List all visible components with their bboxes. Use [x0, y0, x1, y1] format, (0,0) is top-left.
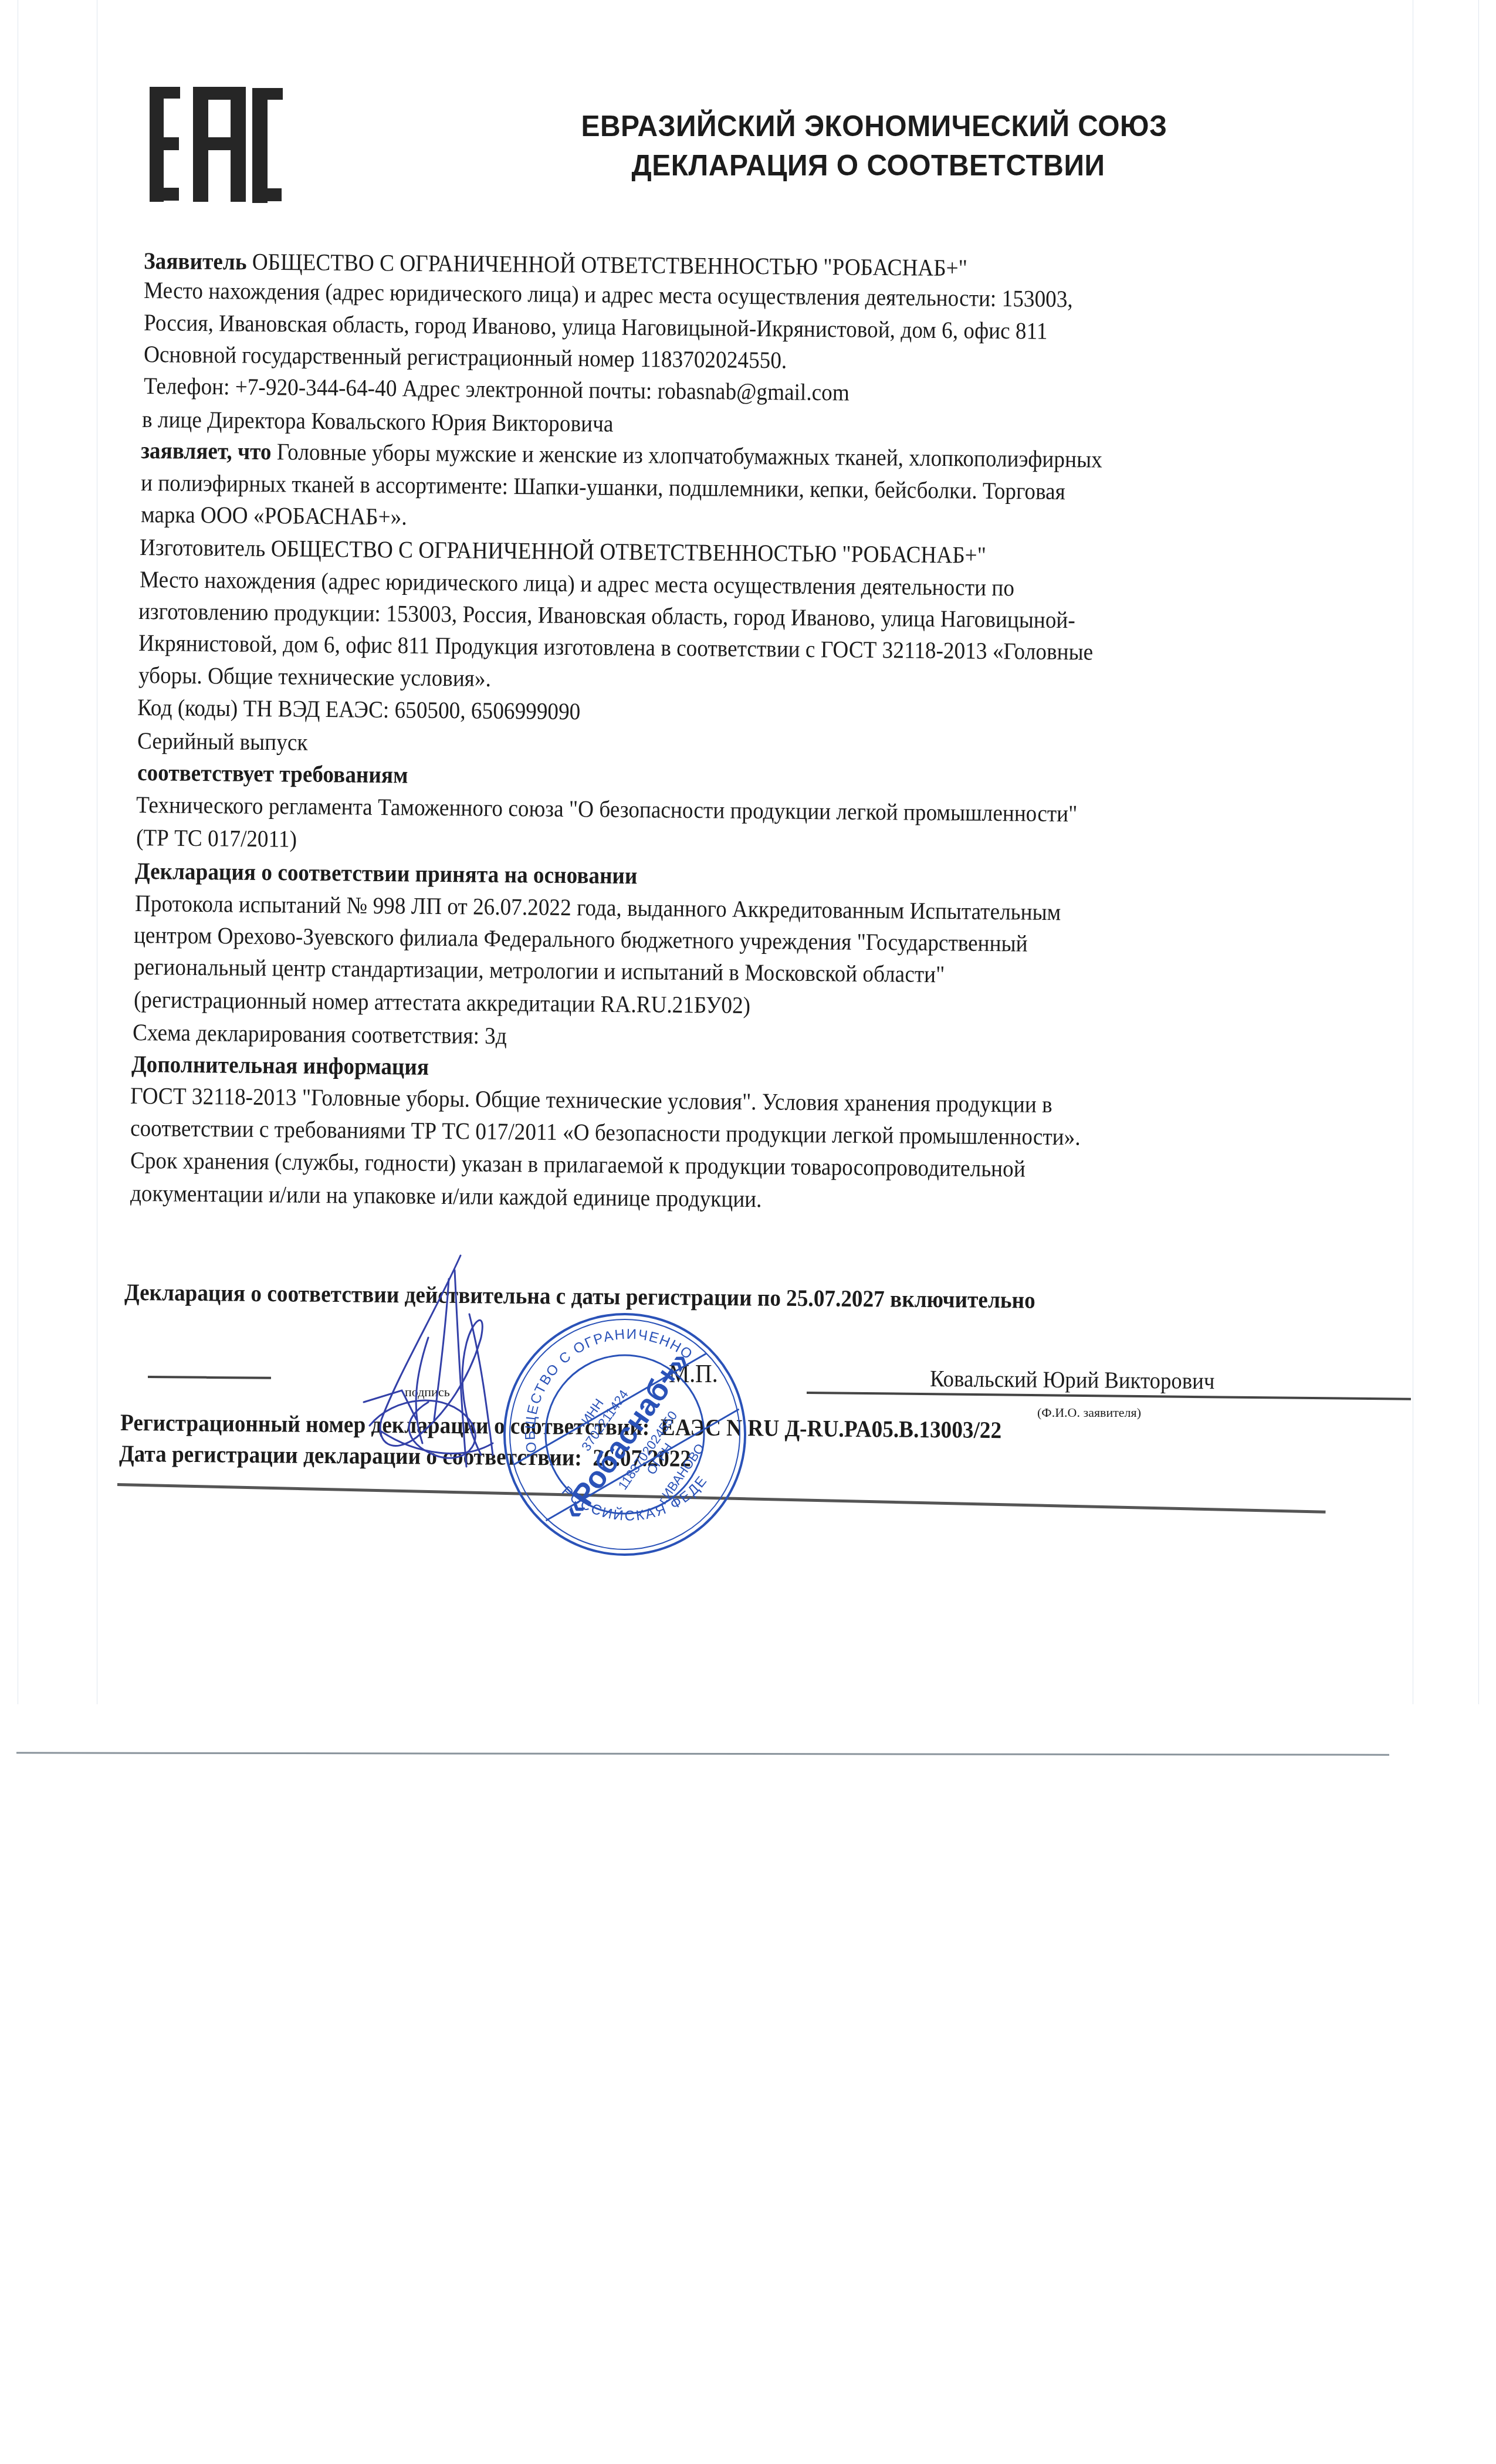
applicant-contact: Телефон: +7-920-344-64-40 Адрес электрон…	[144, 374, 849, 405]
applicant-ogrn: Основной государственный регистрационный…	[144, 343, 787, 373]
additional-line-4: документации и/или на упаковке и/или каж…	[130, 1182, 762, 1211]
manufacturer-name: Изготовитель ОБЩЕСТВО С ОГРАНИЧЕННОЙ ОТВ…	[140, 536, 986, 567]
basis-heading: Декларация о соответствии принята на осн…	[135, 859, 638, 888]
additional-line-1: ГОСТ 32118-2013 "Головные уборы. Общие т…	[130, 1084, 1052, 1117]
declaration-page: EAC ЕВРАЗИЙСКИЙ ЭКОНОМИЧЕСКИЙ СОЮЗ ДЕКЛА…	[0, 0, 1496, 2464]
declares-line-2: и полиэфирных тканей в ассортименте: Шап…	[141, 471, 1065, 504]
applicant-representative: в лице Директора Ковальского Юрия Виктор…	[142, 408, 614, 436]
declares-line-1: заявляет, что Головные уборы мужские и ж…	[141, 439, 1102, 472]
basis-line-1: Протокола испытаний № 998 ЛП от 26.07.20…	[135, 892, 1061, 925]
scan-artifact-line	[1478, 0, 1479, 1704]
union-title: ЕВРАЗИЙСКИЙ ЭКОНОМИЧЕСКИЙ СОЮЗ	[581, 110, 1167, 144]
additional-line-3: Срок хранения (службы, годности) указан …	[130, 1149, 1025, 1181]
signature-line-left	[148, 1376, 207, 1379]
additional-line-2: соответствии с требованиями ТР ТС 017/20…	[130, 1116, 1081, 1149]
manufacturer-address-3: Икрянистовой, дом 6, офис 811 Продукция …	[138, 631, 1093, 664]
company-seal-icon: ОБЩЕСТВО С ОГРАНИЧЕННОЙ ОТВЕТСТВЕННОСТЬЮ…	[496, 1305, 754, 1563]
additional-heading: Дополнительная информация	[131, 1052, 429, 1079]
basis-line-2: центром Орехово-Зуевского филиала Федера…	[134, 923, 1028, 956]
basis-line-3: региональный центр стандартизации, метро…	[134, 955, 945, 987]
signer-name: Ковальский Юрий Викторович	[930, 1367, 1215, 1393]
scan-artifact-line	[18, 0, 18, 1704]
tn-ved-codes: Код (коды) ТН ВЭД ЕАЭС: 650500, 65069990…	[137, 696, 581, 724]
applicant-address-2: Россия, Ивановская область, город Иванов…	[144, 311, 1048, 343]
basis-line-4: (регистрационный номер аттестата аккреди…	[134, 988, 751, 1018]
scan-artifact-line	[97, 0, 97, 1704]
declares-product: Головные уборы мужские и женские из хлоп…	[271, 438, 1102, 473]
requirements-line-1: Технического регламента Таможенного союз…	[136, 793, 1078, 826]
declares-label: заявляет, что	[141, 437, 272, 465]
requirements-heading: соответствует требованиям	[137, 761, 408, 787]
signature-line	[207, 1376, 271, 1379]
declaration-scheme: Схема декларирования соответствия: 3д	[133, 1021, 507, 1048]
manufacturer-standard: уборы. Общие технические условия».	[138, 664, 491, 691]
applicant-name: ОБЩЕСТВО С ОГРАНИЧЕННОЙ ОТВЕТСТВЕННОСТЬЮ…	[246, 249, 967, 282]
page-edge	[16, 1752, 1389, 1755]
manufacturer-address-2: изготовлению продукции: 153003, Россия, …	[138, 600, 1075, 632]
applicant-line: Заявитель ОБЩЕСТВО С ОГРАНИЧЕННОЙ ОТВЕТС…	[144, 249, 967, 280]
manufacturer-address-1: Место нахождения (адрес юридического лиц…	[140, 568, 1014, 600]
scan-artifact-line	[1413, 0, 1413, 1704]
release-type: Серийный выпуск	[137, 729, 308, 754]
applicant-address-1: Место нахождения (адрес юридического лиц…	[144, 279, 1073, 312]
document-title: ДЕКЛАРАЦИЯ О СООТВЕТСТВИИ	[575, 149, 1162, 183]
declares-line-3: марка ООО «РОБАСНАБ+».	[141, 503, 407, 529]
applicant-label: Заявитель	[144, 248, 247, 275]
requirements-line-2: (ТР ТС 017/2011)	[136, 826, 297, 851]
signer-caption: (Ф.И.О. заявителя)	[1037, 1405, 1141, 1420]
eac-logo: EAC	[150, 87, 287, 202]
